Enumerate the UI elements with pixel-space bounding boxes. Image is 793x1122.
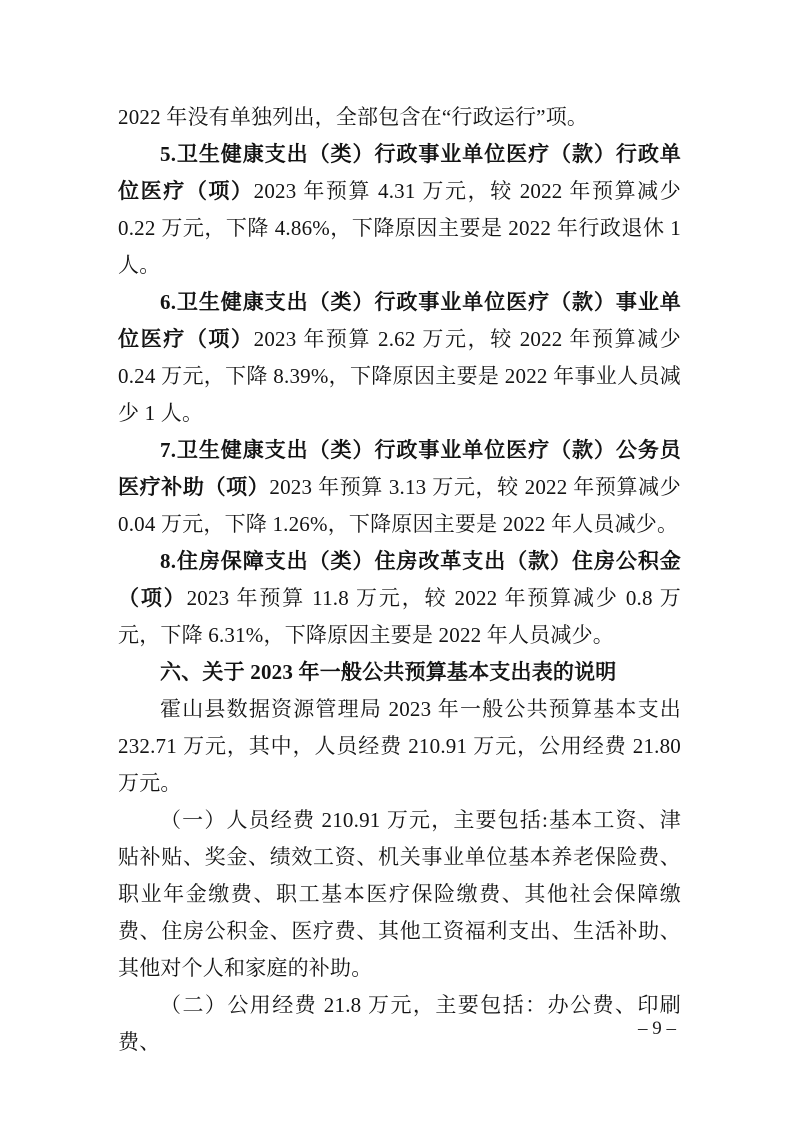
paragraph-text: （一）人员经费 210.91 万元，主要包括:基本工资、津贴补贴、奖金、绩效工资… <box>118 808 681 980</box>
paragraph-item-8-housing-fund: 8.住房保障支出（类）住房改革支出（款）住房公积金（项）2023 年预算 11.… <box>118 543 681 654</box>
section-heading-basic-expenditure: 六、关于 2023 年一般公共预算基本支出表的说明 <box>118 654 681 691</box>
paragraph-basic-expenditure-summary: 霍山县数据资源管理局 2023 年一般公共预算基本支出 232.71 万元，其中… <box>118 691 681 802</box>
paragraph-text: 2022 年没有单独列出，全部包含在“行政运行”项。 <box>118 105 588 129</box>
paragraph-text: 霍山县数据资源管理局 2023 年一般公共预算基本支出 232.71 万元，其中… <box>118 697 681 795</box>
paragraph-item-6-health-institution: 6.卫生健康支出（类）行政事业单位医疗（款）事业单位医疗（项）2023 年预算 … <box>118 284 681 432</box>
paragraph-personnel-expense: （一）人员经费 210.91 万元，主要包括:基本工资、津贴补贴、奖金、绩效工资… <box>118 802 681 987</box>
document-page: 2022 年没有单独列出，全部包含在“行政运行”项。 5.卫生健康支出（类）行政… <box>0 0 793 1122</box>
document-body: 2022 年没有单独列出，全部包含在“行政运行”项。 5.卫生健康支出（类）行政… <box>118 99 681 1061</box>
paragraph-text: 2023 年预算 11.8 万元，较 2022 年预算减少 0.8 万元，下降 … <box>118 586 681 647</box>
page-number: – 9 – <box>0 1014 676 1044</box>
paragraph-continuation: 2022 年没有单独列出，全部包含在“行政运行”项。 <box>118 99 681 136</box>
paragraph-item-7-civil-servant-medical: 7.卫生健康支出（类）行政事业单位医疗（款）公务员医疗补助（项）2023 年预算… <box>118 432 681 543</box>
paragraph-item-5-health-admin: 5.卫生健康支出（类）行政事业单位医疗（款）行政单位医疗（项）2023 年预算 … <box>118 136 681 284</box>
